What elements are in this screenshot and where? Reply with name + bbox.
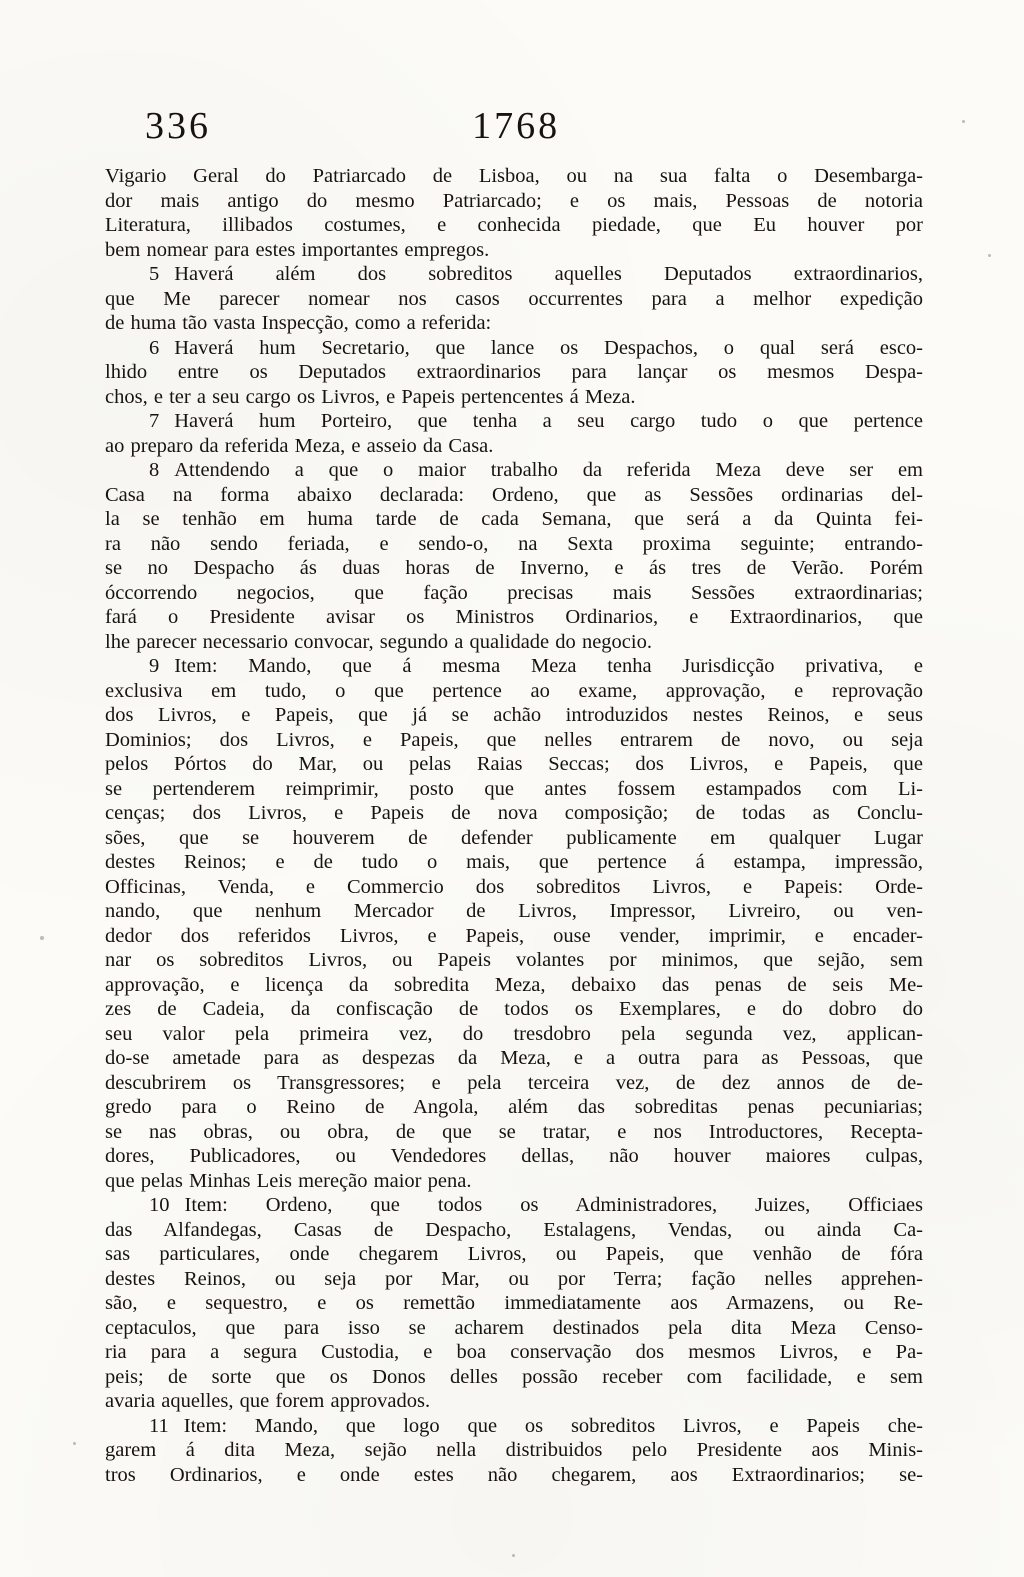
text-line: dos Livros, e Papeis, que já se achão in… [105,703,923,728]
text-line: nar os sobreditos Livros, ou Papeis vola… [105,948,923,973]
text-line: ra não sendo feriada, e sendo-o, na Sext… [105,532,923,557]
text-line: descubrirem os Transgressores; e pela te… [105,1071,923,1096]
text-line: lhido entre os Deputados extraordinarios… [105,360,923,385]
text-line: Dominios; dos Livros, e Papeis, que nell… [105,728,923,753]
text-line: que pelas Minhas Leis mereção maior pena… [105,1169,923,1194]
paragraph: 9Item: Mando, que á mesma Meza tenha Jur… [105,654,923,1193]
paragraph: 6Haverá hum Secretario, que lance os Des… [105,336,923,410]
text-line: 10Item: Ordeno, que todos os Administrad… [105,1193,923,1218]
text-line: das Alfandegas, Casas de Despacho, Estal… [105,1218,923,1243]
text-line: se no Despacho ás duas horas de Inverno,… [105,556,923,581]
text-line: bem nomear para estes importantes empreg… [105,238,923,263]
text-line: pelos Pórtos do Mar, ou pelas Raias Secc… [105,752,923,777]
scan-speck [40,936,44,940]
text-line: la se tenhão em huma tarde de cada Seman… [105,507,923,532]
text-line: sões, que se houverem de defender public… [105,826,923,851]
text-line: cenças; dos Livros, e Papeis de nova com… [105,801,923,826]
paragraph: 5Haverá além dos sobreditos aquelles Dep… [105,262,923,336]
text-line: 7Haverá hum Porteiro, que tenha a seu ca… [105,409,923,434]
text-line: 11Item: Mando, que logo que os sobredito… [105,1414,923,1439]
text-line: dedor dos referidos Livros, e Papeis, ou… [105,924,923,949]
text-line: Literatura, illibados costumes, e conhec… [105,213,923,238]
text-line: approvação, e licença da sobredita Meza,… [105,973,923,998]
text-line: Officinas, Venda, e Commercio dos sobred… [105,875,923,900]
page-header: 336 1768 [105,104,922,150]
text-line: ria para a segura Custodia, e boa conser… [105,1340,923,1365]
item-number: 11 [149,1415,169,1437]
text-line: nando, que nenhum Mercador de Livros, Im… [105,899,923,924]
item-number: 9 [149,655,159,677]
text-line: lhe parecer necessario convocar, segundo… [105,630,923,655]
item-number: 10 [149,1194,170,1216]
paragraph: 7Haverá hum Porteiro, que tenha a seu ca… [105,409,923,458]
page-number: 336 [145,104,211,148]
text-line: sas particulares, onde chegarem Livros, … [105,1242,923,1267]
item-number: 5 [149,263,159,285]
text-line: destes Reinos; e de tudo o mais, que per… [105,850,923,875]
text-line: gredo para o Reino de Angola, além das s… [105,1095,923,1120]
paragraph: 11Item: Mando, que logo que os sobredito… [105,1414,923,1488]
item-number: 8 [149,459,159,481]
text-line: fará o Presidente avisar os Ministros Or… [105,605,923,630]
text-line: se pertenderem reimprimir, posto que ant… [105,777,923,802]
paragraph: 10Item: Ordeno, que todos os Administrad… [105,1193,923,1414]
scan-speck [962,120,965,123]
text-line: avaria aquelles, que forem approvados. [105,1389,923,1414]
running-head-year: 1768 [472,104,560,148]
text-line: de huma tão vasta Inspecção, como a refe… [105,311,923,336]
text-line: Vigario Geral do Patriarcado de Lisboa, … [105,164,923,189]
text-line: seu valor pela primeira vez, do tresdobr… [105,1022,923,1047]
text-line: destes Reinos, ou seja por Mar, ou por T… [105,1267,923,1292]
scanned-document-page: 336 1768 Vigario Geral do Patriarcado de… [0,0,1024,1577]
text-line: peis; de sorte que os Donos delles possã… [105,1365,923,1390]
text-line: óccorrendo negocios, que fação precisas … [105,581,923,606]
text-line: ceptaculos, que para isso se acharem des… [105,1316,923,1341]
text-line: Casa na forma abaixo declarada: Ordeno, … [105,483,923,508]
text-line: tros Ordinarios, e onde estes não chegar… [105,1463,923,1488]
text-line: 5Haverá além dos sobreditos aquelles Dep… [105,262,923,287]
paragraph: 8Attendendo a que o maior trabalho da re… [105,458,923,654]
text-line: que Me parecer nomear nos casos occurren… [105,287,923,312]
text-line: são, e sequestro, e os remettão immediat… [105,1291,923,1316]
text-line: chos, e ter a seu cargo os Livros, e Pap… [105,385,923,410]
scan-speck [73,1442,76,1445]
scan-speck [988,254,991,257]
text-line: 6Haverá hum Secretario, que lance os Des… [105,336,923,361]
text-line: dor mais antigo do mesmo Patriarcado; e … [105,189,923,214]
text-line: exclusiva em tudo, o que pertence ao exa… [105,679,923,704]
paragraph: Vigario Geral do Patriarcado de Lisboa, … [105,164,923,262]
scan-speck [512,1554,515,1557]
text-line: dores, Publicadores, ou Vendedores della… [105,1144,923,1169]
text-line: ao preparo da referida Meza, e asseio da… [105,434,923,459]
item-number: 7 [149,410,159,432]
text-line: 9Item: Mando, que á mesma Meza tenha Jur… [105,654,923,679]
text-line: se nas obras, ou obra, de que se tratar,… [105,1120,923,1145]
text-line: 8Attendendo a que o maior trabalho da re… [105,458,923,483]
text-line: do-se ametade para as despezas da Meza, … [105,1046,923,1071]
text-line: zes de Cadeia, da confiscação de todos o… [105,997,923,1022]
document-body: Vigario Geral do Patriarcado de Lisboa, … [105,164,923,1487]
text-line: garem á dita Meza, sejão nella distribui… [105,1438,923,1463]
item-number: 6 [149,337,159,359]
